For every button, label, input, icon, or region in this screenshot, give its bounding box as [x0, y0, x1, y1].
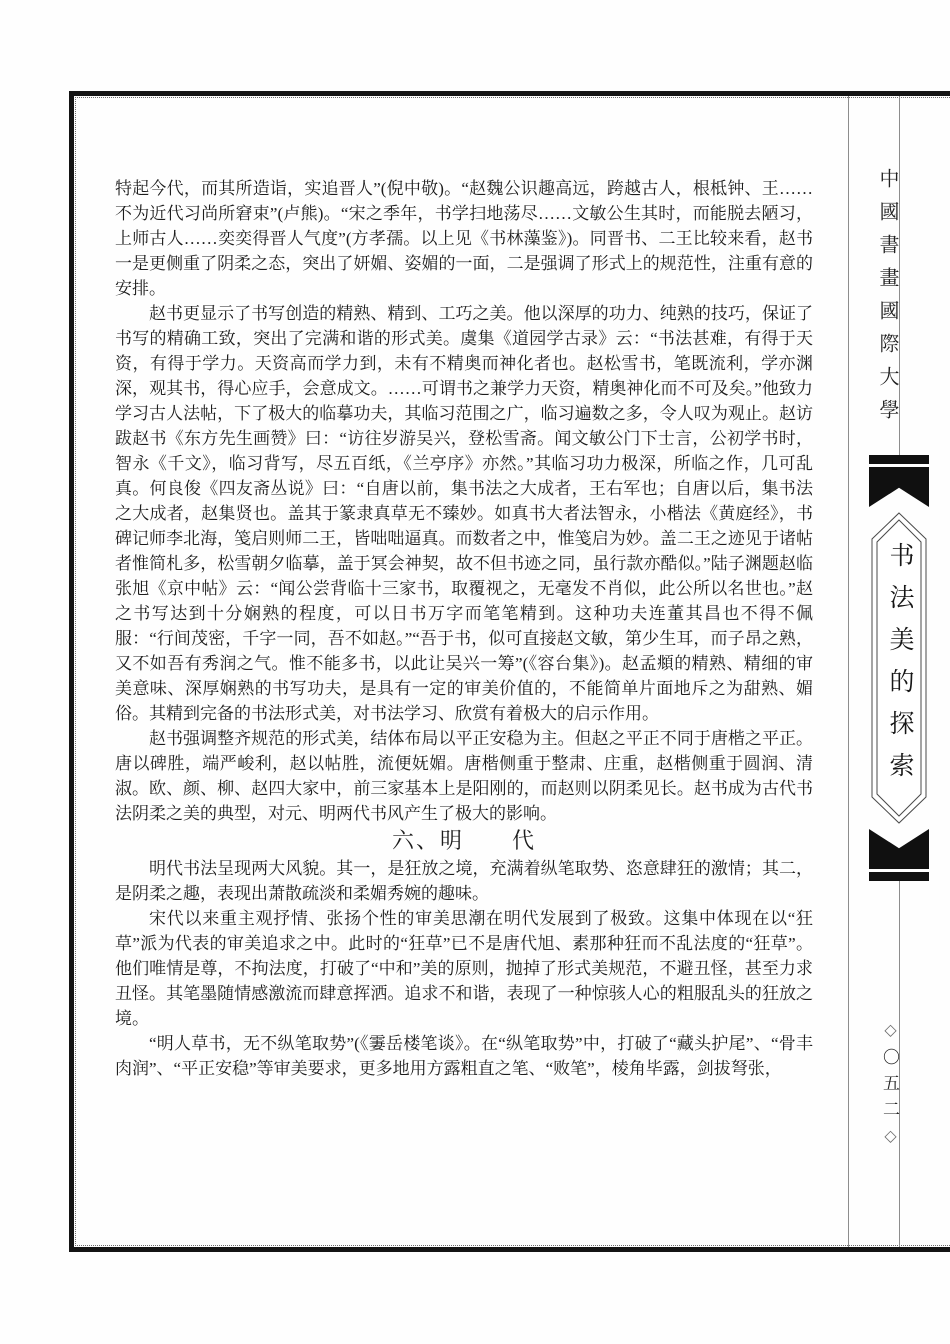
sidebar-book-title: 书法美的探索 [869, 512, 929, 824]
page-number-folio: ◇〇五二◇ [846, 1002, 902, 1172]
paragraph: 明代书法呈现两大风貌。其一，是狂放之境，充满着纵笔取势、恣意肆狂的激情；其二，是… [115, 856, 813, 906]
paragraph: 宋代以来重主观抒情、张扬个性的审美思潮在明代发展到了极致。这集中体现在以“狂草”… [115, 906, 813, 1031]
cartouche-top-bar [869, 455, 929, 464]
paragraph: 赵书更显示了书写创造的精熟、精到、工巧之美。他以深厚的功力、纯熟的技巧，保证了书… [115, 301, 813, 726]
page-number: 〇五二 [880, 1048, 899, 1126]
main-text-column: 特起今代，而其所造诣，实追晋人”(倪中敬)。“赵魏公识趣高远，跨越古人，根柢钟、… [115, 176, 813, 1081]
cartouche-bottom-pennant [869, 829, 929, 869]
book-title-cartouche: 书法美的探索 [869, 455, 929, 881]
paragraph-continuation: 特起今代，而其所造诣，实追晋人”(倪中敬)。“赵魏公识趣高远，跨越古人，根柢钟、… [115, 176, 813, 301]
section-heading-ming-dynasty: 六、明 代 [115, 826, 813, 856]
cartouche-lozenge: 书法美的探索 [869, 512, 929, 824]
paragraph: “明人草书，无不纵笔取势”(《霋岳楼笔谈》。在“纵笔取势”中，打破了“藏头护尾”… [115, 1031, 813, 1081]
cartouche-top-pennant [869, 467, 929, 507]
folio-diamond-ornament-bottom: ◇ [881, 1126, 898, 1154]
cartouche-bottom-bar [869, 872, 929, 881]
sidebar-university-title: 中國書畫國際大學 [846, 150, 902, 450]
folio-diamond-ornament-top: ◇ [881, 1020, 898, 1048]
paragraph: 赵书强调整齐规范的形式美，结体布局以平正安稳为主。但赵之平正不同于唐楷之平正。唐… [115, 726, 813, 826]
book-page: 特起今代，而其所造诣，实追晋人”(倪中敬)。“赵魏公识趣高远，跨越古人，根柢钟、… [0, 0, 950, 1344]
